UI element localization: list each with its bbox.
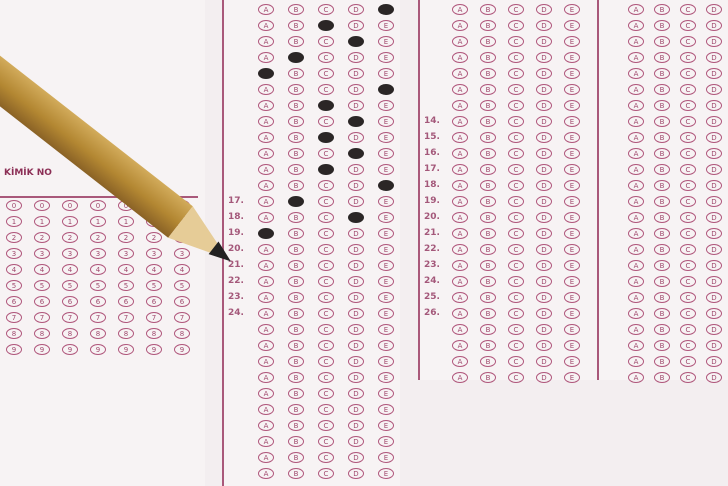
digit-bubble: 9: [62, 344, 78, 355]
answer-bubble: C: [508, 84, 524, 95]
row-number: 17.: [228, 196, 244, 206]
row-number: 24.: [424, 276, 440, 286]
digit-bubble: 6: [118, 296, 134, 307]
answer-bubble: D: [348, 324, 364, 335]
answer-bubble: E: [564, 356, 580, 367]
digit-bubble: 0: [6, 200, 22, 211]
answer-bubble: C: [318, 132, 334, 143]
answer-bubble: E: [564, 36, 580, 47]
answer-bubble: B: [288, 228, 304, 239]
answer-bubble: C: [318, 84, 334, 95]
answer-bubble: B: [480, 84, 496, 95]
digit-bubble: 7: [118, 312, 134, 323]
digit-bubble: 4: [6, 264, 22, 275]
answer-bubble: C: [508, 20, 524, 31]
answer-bubble: E: [378, 36, 394, 47]
digit-bubble: 8: [174, 328, 190, 339]
answer-bubble: C: [680, 132, 696, 143]
answer-bubble: D: [348, 100, 364, 111]
answer-bubble: D: [348, 116, 364, 127]
answer-bubble: A: [628, 36, 644, 47]
row-number: 23.: [228, 292, 244, 302]
digit-bubble: 2: [62, 232, 78, 243]
answer-bubble: B: [654, 292, 670, 303]
digit-bubble: 0: [62, 200, 78, 211]
answer-bubble: E: [378, 404, 394, 415]
answer-bubble: B: [288, 212, 304, 223]
answer-bubble: B: [480, 308, 496, 319]
answer-bubble: C: [508, 324, 524, 335]
answer-bubble: B: [480, 356, 496, 367]
answer-bubble: C: [318, 452, 334, 463]
digit-bubble: 2: [6, 232, 22, 243]
answer-bubble: A: [452, 52, 468, 63]
row-number: 18.: [228, 212, 244, 222]
answer-bubble: D: [348, 452, 364, 463]
answer-bubble: A: [452, 196, 468, 207]
answer-bubble: A: [258, 4, 274, 15]
answer-bubble: A: [258, 84, 274, 95]
answer-bubble: D: [536, 164, 552, 175]
digit-bubble: 8: [62, 328, 78, 339]
answer-bubble: A: [628, 148, 644, 159]
answer-bubble: D: [348, 404, 364, 415]
answer-bubble: D: [348, 84, 364, 95]
answer-bubble: A: [258, 68, 274, 79]
answer-bubble: C: [508, 196, 524, 207]
answer-bubble: E: [378, 4, 394, 15]
digit-bubble: 3: [146, 248, 162, 259]
answer-bubble: D: [536, 340, 552, 351]
row-number: 18.: [424, 180, 440, 190]
section-divider: [418, 0, 420, 380]
answer-bubble: C: [680, 180, 696, 191]
digit-bubble: 7: [62, 312, 78, 323]
answer-bubble: E: [378, 356, 394, 367]
answer-bubble: D: [348, 292, 364, 303]
answer-bubble: B: [480, 68, 496, 79]
answer-bubble: B: [654, 148, 670, 159]
answer-bubble: A: [452, 132, 468, 143]
answer-bubble: D: [706, 100, 722, 111]
answer-bubble: B: [654, 180, 670, 191]
answer-bubble: C: [318, 356, 334, 367]
answer-bubble: C: [318, 164, 334, 175]
answer-bubble: C: [680, 36, 696, 47]
answer-bubble: D: [348, 244, 364, 255]
digit-bubble: 6: [146, 296, 162, 307]
answer-bubble: C: [318, 196, 334, 207]
answer-bubble: C: [508, 180, 524, 191]
answer-bubble: D: [536, 324, 552, 335]
answer-bubble: A: [258, 372, 274, 383]
answer-bubble: C: [318, 180, 334, 191]
answer-bubble: B: [288, 116, 304, 127]
digit-bubble: 2: [34, 232, 50, 243]
digit-bubble: 3: [118, 248, 134, 259]
digit-bubble: 9: [34, 344, 50, 355]
answer-bubble: B: [654, 164, 670, 175]
answer-bubble: E: [378, 244, 394, 255]
answer-bubble: B: [288, 4, 304, 15]
answer-bubble: A: [452, 4, 468, 15]
answer-bubble: D: [348, 340, 364, 351]
answer-bubble: B: [480, 372, 496, 383]
answer-bubble: C: [680, 4, 696, 15]
answer-bubble: B: [654, 308, 670, 319]
answer-bubble: D: [536, 116, 552, 127]
answer-bubble: B: [654, 20, 670, 31]
answer-bubble: B: [480, 340, 496, 351]
answer-bubble: A: [258, 292, 274, 303]
answer-bubble: C: [318, 388, 334, 399]
answer-bubble: C: [680, 84, 696, 95]
answer-bubble: C: [508, 164, 524, 175]
answer-bubble: D: [706, 116, 722, 127]
answer-bubble: A: [628, 100, 644, 111]
answer-bubble: E: [378, 436, 394, 447]
answer-bubble: C: [680, 356, 696, 367]
answer-bubble: B: [654, 228, 670, 239]
answer-bubble: D: [348, 228, 364, 239]
answer-bubble: D: [536, 356, 552, 367]
answer-bubble: B: [288, 260, 304, 271]
answer-bubble: A: [628, 84, 644, 95]
answer-bubble: B: [288, 308, 304, 319]
answer-bubble: A: [452, 356, 468, 367]
digit-bubble: 5: [34, 280, 50, 291]
digit-bubble: 7: [90, 312, 106, 323]
digit-bubble: 8: [34, 328, 50, 339]
answer-bubble: A: [628, 260, 644, 271]
answer-bubble: A: [258, 436, 274, 447]
answer-bubble: A: [628, 116, 644, 127]
answer-bubble: C: [508, 212, 524, 223]
answer-bubble: A: [628, 4, 644, 15]
answer-bubble: A: [452, 116, 468, 127]
digit-bubble: 5: [90, 280, 106, 291]
answer-bubble: B: [288, 452, 304, 463]
answer-bubble: E: [564, 84, 580, 95]
answer-bubble: A: [628, 164, 644, 175]
answer-bubble: E: [378, 372, 394, 383]
answer-bubble: B: [288, 36, 304, 47]
answer-bubble: C: [318, 340, 334, 351]
answer-bubble: A: [258, 212, 274, 223]
answer-bubble: D: [706, 356, 722, 367]
row-number: 26.: [424, 308, 440, 318]
answer-bubble: E: [564, 196, 580, 207]
answer-bubble: A: [628, 340, 644, 351]
answer-bubble: C: [318, 468, 334, 479]
row-number: 14.: [424, 116, 440, 126]
digit-bubble: 4: [174, 264, 190, 275]
answer-bubble: B: [654, 68, 670, 79]
answer-bubble: D: [536, 84, 552, 95]
answer-bubble: B: [654, 212, 670, 223]
answer-bubble: C: [508, 292, 524, 303]
answer-bubble: B: [480, 324, 496, 335]
answer-bubble: D: [706, 132, 722, 143]
answer-bubble: A: [452, 244, 468, 255]
answer-bubble: C: [318, 244, 334, 255]
answer-bubble: B: [288, 84, 304, 95]
answer-bubble: B: [288, 180, 304, 191]
answer-bubble: B: [288, 404, 304, 415]
answer-bubble: E: [564, 68, 580, 79]
answer-bubble: D: [706, 20, 722, 31]
answer-bubble: A: [452, 180, 468, 191]
answer-bubble: E: [564, 20, 580, 31]
answer-bubble: B: [288, 420, 304, 431]
row-number: 23.: [424, 260, 440, 270]
answer-bubble: D: [706, 276, 722, 287]
answer-bubble: D: [536, 100, 552, 111]
row-number: 24.: [228, 308, 244, 318]
digit-bubble: 8: [118, 328, 134, 339]
answer-bubble: E: [378, 260, 394, 271]
answer-bubble: C: [680, 308, 696, 319]
answer-bubble: C: [318, 116, 334, 127]
answer-bubble: B: [288, 468, 304, 479]
answer-bubble: B: [654, 260, 670, 271]
answer-bubble: C: [680, 324, 696, 335]
answer-bubble: C: [508, 68, 524, 79]
answer-bubble: E: [378, 100, 394, 111]
answer-bubble: E: [564, 276, 580, 287]
answer-bubble: E: [378, 420, 394, 431]
answer-bubble: C: [680, 164, 696, 175]
answer-bubble: E: [564, 308, 580, 319]
answer-bubble: A: [452, 276, 468, 287]
answer-bubble: B: [480, 292, 496, 303]
answer-bubble: E: [378, 228, 394, 239]
answer-bubble: A: [452, 308, 468, 319]
digit-bubble: 9: [146, 344, 162, 355]
answer-bubble: C: [318, 100, 334, 111]
answer-bubble: E: [564, 180, 580, 191]
answer-bubble: D: [348, 436, 364, 447]
answer-bubble: B: [288, 20, 304, 31]
answer-bubble: B: [288, 52, 304, 63]
answer-bubble: D: [536, 292, 552, 303]
answer-bubble: A: [258, 324, 274, 335]
answer-bubble: A: [258, 196, 274, 207]
answer-bubble: B: [480, 212, 496, 223]
answer-bubble: A: [628, 356, 644, 367]
answer-bubble: E: [378, 52, 394, 63]
answer-bubble: A: [258, 116, 274, 127]
digit-bubble: 8: [90, 328, 106, 339]
answer-bubble: E: [378, 132, 394, 143]
row-number: 16.: [424, 148, 440, 158]
answer-bubble: A: [258, 36, 274, 47]
answer-bubble: D: [348, 20, 364, 31]
answer-bubble: C: [680, 292, 696, 303]
answer-bubble: B: [480, 260, 496, 271]
answer-bubble: D: [706, 164, 722, 175]
answer-bubble: C: [318, 436, 334, 447]
answer-bubble: A: [258, 52, 274, 63]
digit-bubble: 4: [90, 264, 106, 275]
answer-bubble: C: [680, 20, 696, 31]
answer-bubble: A: [258, 132, 274, 143]
answer-bubble: B: [480, 196, 496, 207]
digit-bubble: 0: [34, 200, 50, 211]
answer-bubble: B: [480, 100, 496, 111]
answer-bubble: D: [536, 372, 552, 383]
answer-bubble: E: [564, 148, 580, 159]
answer-bubble: A: [258, 20, 274, 31]
answer-bubble: A: [452, 100, 468, 111]
answer-bubble: B: [654, 276, 670, 287]
answer-bubble: B: [288, 244, 304, 255]
answer-bubble: B: [480, 20, 496, 31]
answer-bubble: D: [706, 148, 722, 159]
answer-bubble: D: [536, 180, 552, 191]
digit-bubble: 9: [6, 344, 22, 355]
answer-bubble: A: [628, 68, 644, 79]
answer-bubble: D: [706, 324, 722, 335]
answer-bubble: A: [628, 324, 644, 335]
answer-bubble: C: [318, 148, 334, 159]
answer-bubble: D: [348, 36, 364, 47]
answer-bubble: D: [536, 308, 552, 319]
answer-bubble: B: [480, 4, 496, 15]
answer-bubble: A: [258, 180, 274, 191]
answer-bubble: E: [564, 260, 580, 271]
answer-bubble: B: [654, 100, 670, 111]
answer-bubble: C: [680, 148, 696, 159]
digit-bubble: 8: [146, 328, 162, 339]
answer-bubble: C: [680, 196, 696, 207]
answer-bubble: D: [706, 308, 722, 319]
answer-bubble: B: [288, 292, 304, 303]
answer-bubble: A: [258, 100, 274, 111]
answer-bubble: B: [480, 52, 496, 63]
answer-bubble: E: [564, 132, 580, 143]
answer-bubble: C: [680, 340, 696, 351]
answer-bubble: C: [318, 324, 334, 335]
answer-bubble: A: [258, 340, 274, 351]
answer-bubble: D: [348, 164, 364, 175]
answer-bubble: D: [536, 52, 552, 63]
answer-bubble: C: [508, 308, 524, 319]
answer-bubble: B: [654, 244, 670, 255]
digit-bubble: 1: [90, 216, 106, 227]
answer-bubble: B: [480, 228, 496, 239]
answer-bubble: E: [564, 100, 580, 111]
answer-bubble: D: [706, 372, 722, 383]
answer-bubble: B: [288, 100, 304, 111]
answer-bubble: D: [706, 292, 722, 303]
answer-bubble: D: [706, 212, 722, 223]
answer-bubble: B: [654, 52, 670, 63]
answer-bubble: D: [706, 84, 722, 95]
answer-bubble: A: [452, 68, 468, 79]
answer-bubble: E: [378, 20, 394, 31]
digit-bubble: 7: [174, 312, 190, 323]
answer-bubble: E: [378, 468, 394, 479]
answer-bubble: A: [258, 404, 274, 415]
row-number: 20.: [424, 212, 440, 222]
student-number-label: KİMİK NO: [4, 168, 52, 178]
answer-bubble: C: [680, 100, 696, 111]
answer-bubble: D: [348, 372, 364, 383]
answer-bubble: C: [508, 132, 524, 143]
answer-bubble: B: [654, 196, 670, 207]
digit-bubble: 2: [118, 232, 134, 243]
answer-bubble: B: [480, 148, 496, 159]
digit-bubble: 3: [6, 248, 22, 259]
row-number: 25.: [424, 292, 440, 302]
answer-bubble: E: [378, 180, 394, 191]
answer-bubble: D: [536, 148, 552, 159]
answer-bubble: B: [288, 68, 304, 79]
digit-bubble: 5: [6, 280, 22, 291]
answer-bubble: A: [452, 340, 468, 351]
row-number: 22.: [424, 244, 440, 254]
digit-bubble: 5: [146, 280, 162, 291]
answer-bubble: B: [480, 116, 496, 127]
digit-bubble: 1: [62, 216, 78, 227]
answer-bubble: A: [452, 212, 468, 223]
answer-bubble: D: [706, 244, 722, 255]
answer-bubble: B: [288, 148, 304, 159]
answer-bubble: B: [288, 340, 304, 351]
answer-bubble: D: [348, 132, 364, 143]
answer-bubble: A: [258, 244, 274, 255]
answer-bubble: E: [378, 292, 394, 303]
answer-bubble: B: [288, 196, 304, 207]
answer-bubble: B: [480, 244, 496, 255]
answer-bubble: E: [378, 276, 394, 287]
digit-bubble: 1: [118, 216, 134, 227]
answer-bubble: A: [452, 228, 468, 239]
answer-bubble: E: [378, 388, 394, 399]
digit-bubble: 3: [62, 248, 78, 259]
answer-bubble: C: [508, 372, 524, 383]
answer-bubble: D: [348, 308, 364, 319]
answer-bubble: D: [706, 228, 722, 239]
answer-bubble: E: [378, 340, 394, 351]
answer-bubble: A: [452, 20, 468, 31]
answer-bubble: D: [348, 196, 364, 207]
answer-bubble: A: [628, 20, 644, 31]
digit-bubble: 9: [118, 344, 134, 355]
digit-bubble: 7: [34, 312, 50, 323]
digit-bubble: 7: [6, 312, 22, 323]
answer-bubble: B: [288, 276, 304, 287]
answer-bubble: D: [536, 20, 552, 31]
answer-bubble: C: [318, 260, 334, 271]
answer-bubble: C: [318, 308, 334, 319]
answer-bubble: A: [628, 196, 644, 207]
answer-bubble: A: [628, 308, 644, 319]
answer-bubble: B: [654, 340, 670, 351]
answer-bubble: E: [378, 324, 394, 335]
digit-bubble: 4: [34, 264, 50, 275]
answer-bubble: A: [258, 164, 274, 175]
row-number: 19.: [424, 196, 440, 206]
answer-bubble: C: [318, 228, 334, 239]
answer-bubble: A: [258, 420, 274, 431]
answer-bubble: C: [508, 244, 524, 255]
answer-bubble: C: [508, 148, 524, 159]
answer-bubble: A: [258, 452, 274, 463]
digit-bubble: 6: [62, 296, 78, 307]
answer-bubble: A: [452, 292, 468, 303]
